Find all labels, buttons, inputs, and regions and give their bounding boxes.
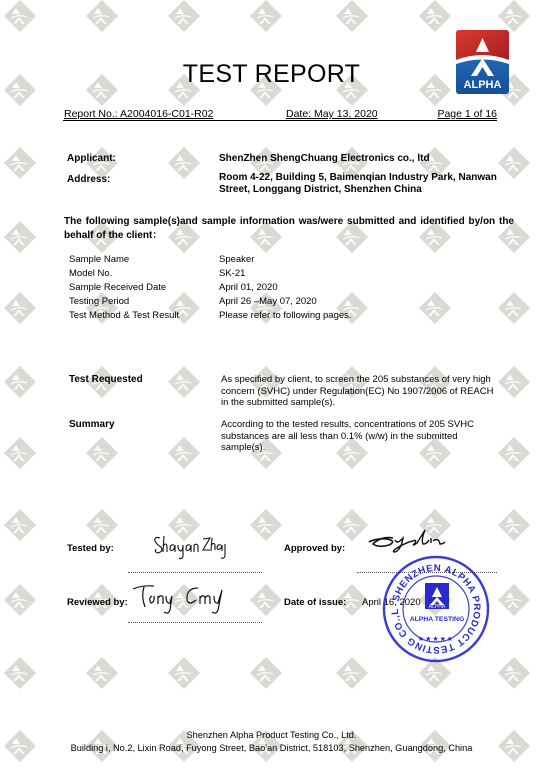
watermark-logo-icon	[249, 583, 283, 617]
watermark-logo-icon	[335, 656, 369, 690]
watermark-logo-icon	[167, 146, 201, 180]
report-number: Report No.: A2004016-C01-R02	[64, 108, 213, 120]
tested-by-line	[128, 572, 262, 573]
svg-text:ALPHA TESTING: ALPHA TESTING	[410, 616, 465, 623]
test-requested-label: Test Requested	[69, 374, 143, 385]
watermark-logo-icon	[3, 146, 37, 180]
tested-by-signature	[150, 530, 230, 567]
watermark-logo-icon	[497, 508, 531, 542]
sample-info-label: Model No.	[69, 268, 112, 279]
signature-approver-icon	[367, 526, 447, 556]
reviewed-by-signature	[130, 580, 240, 621]
address-line-2: Street, Longgang District, Shenzhen Chin…	[219, 184, 497, 196]
watermark-logo-icon	[85, 0, 119, 33]
sample-info-label: Test Method & Test Result	[69, 310, 179, 321]
footer-address: Building i, No.2, Lixin Road, Fuyong Str…	[0, 742, 543, 755]
watermark-logo-icon	[418, 0, 452, 33]
watermark-logo-icon	[85, 508, 119, 542]
watermark-logo-icon	[3, 0, 37, 33]
watermark-logo-icon	[85, 656, 119, 690]
applicant-label: Applicant:	[67, 153, 116, 164]
watermark-logo-icon	[249, 656, 283, 690]
summary-line: According to the tested results, concent…	[221, 419, 511, 431]
watermark-logo-icon	[3, 656, 37, 690]
alpha-logo: ALPHA	[456, 30, 509, 94]
report-header: Report No.: A2004016-C01-R02 Date: May 1…	[63, 108, 497, 121]
watermark-logo-icon	[497, 146, 531, 180]
watermark-logo-icon	[3, 291, 37, 325]
summary-text: According to the tested results, concent…	[221, 419, 511, 454]
alpha-logo-icon: ALPHA	[456, 30, 509, 94]
applicant-value: ShenZhen ShengChuang Electronics co., lt…	[219, 153, 430, 165]
summary-line: sample(s).	[221, 442, 511, 454]
test-requested-line: As specified by client, to screen the 20…	[221, 374, 511, 386]
svg-text:ALPHA: ALPHA	[464, 79, 502, 91]
test-requested-text: As specified by client, to screen the 20…	[221, 374, 511, 409]
watermark-logo-icon	[167, 656, 201, 690]
reviewed-by-label: Reviewed by:	[67, 597, 128, 608]
test-requested-line: in the submitted sample(s).	[221, 397, 511, 409]
watermark-logo-icon	[335, 0, 369, 33]
address-value: Room 4-22, Building 5, Baimenqian Indust…	[219, 172, 497, 196]
watermark-logo-icon	[85, 436, 119, 470]
summary-line: substances are all less than 0.1% (w/w) …	[221, 431, 511, 443]
summary-label: Summary	[69, 419, 115, 430]
sample-info-value: April 01, 2020	[219, 282, 278, 293]
sample-info-label: Testing Period	[69, 296, 129, 307]
reviewed-by-line	[128, 622, 262, 623]
sample-info-value: April 26 –May 07, 2020	[219, 296, 317, 307]
watermark-logo-icon	[497, 583, 531, 617]
svg-text:ALPHA: ALPHA	[429, 604, 446, 610]
sample-info-label: Sample Name	[69, 254, 129, 265]
watermark-logo-icon	[167, 365, 201, 399]
report-date: Date: May 13, 2020	[286, 108, 378, 120]
address-label: Address:	[67, 174, 110, 185]
footer: Shenzhen Alpha Product Testing Co., Ltd.…	[0, 729, 543, 754]
sample-info-table: Sample Name Speaker Model No. SK-21 Samp…	[69, 254, 369, 329]
watermark-logo-icon	[3, 220, 37, 254]
signature-tony-icon	[130, 580, 240, 616]
watermark-logo-icon	[418, 291, 452, 325]
signature-shayan-icon	[150, 530, 230, 562]
watermark-logo-icon	[249, 0, 283, 33]
company-stamp: SHENZHEN ALPHA PRODUCT TESTING CO.,LTD A…	[380, 553, 492, 665]
sample-info-value: Speaker	[219, 254, 254, 265]
sample-info-value: Please refer to following pages.	[219, 310, 352, 321]
company-seal-icon: SHENZHEN ALPHA PRODUCT TESTING CO.,LTD A…	[380, 553, 492, 665]
watermark-logo-icon	[167, 0, 201, 33]
watermark-logo-icon	[249, 508, 283, 542]
address-line-1: Room 4-22, Building 5, Baimenqian Indust…	[219, 172, 497, 184]
footer-company: Shenzhen Alpha Product Testing Co., Ltd.	[0, 729, 543, 742]
watermark-logo-icon	[3, 583, 37, 617]
approved-by-label: Approved by:	[284, 543, 345, 554]
watermark-logo-icon	[497, 291, 531, 325]
watermark-logo-icon	[3, 436, 37, 470]
page-indicator: Page 1 of 16	[437, 108, 497, 120]
intro-text: The following sample(s)and sample inform…	[64, 215, 514, 243]
watermark-logo-icon	[3, 508, 37, 542]
test-requested-line: concern (SVHC) under Regulation(EC) No 1…	[221, 386, 511, 398]
watermark-logo-icon	[335, 508, 369, 542]
watermark-logo-icon	[497, 0, 531, 33]
watermark-logo-icon	[3, 365, 37, 399]
watermark-logo-icon	[167, 436, 201, 470]
date-of-issue-label: Date of issue:	[284, 597, 346, 608]
tested-by-label: Tested by:	[67, 543, 114, 554]
watermark-logo-icon	[497, 656, 531, 690]
sample-info-value: SK-21	[219, 268, 245, 279]
svg-text:★★★★★: ★★★★★	[418, 635, 454, 643]
sample-info-label: Sample Received Date	[69, 282, 166, 293]
